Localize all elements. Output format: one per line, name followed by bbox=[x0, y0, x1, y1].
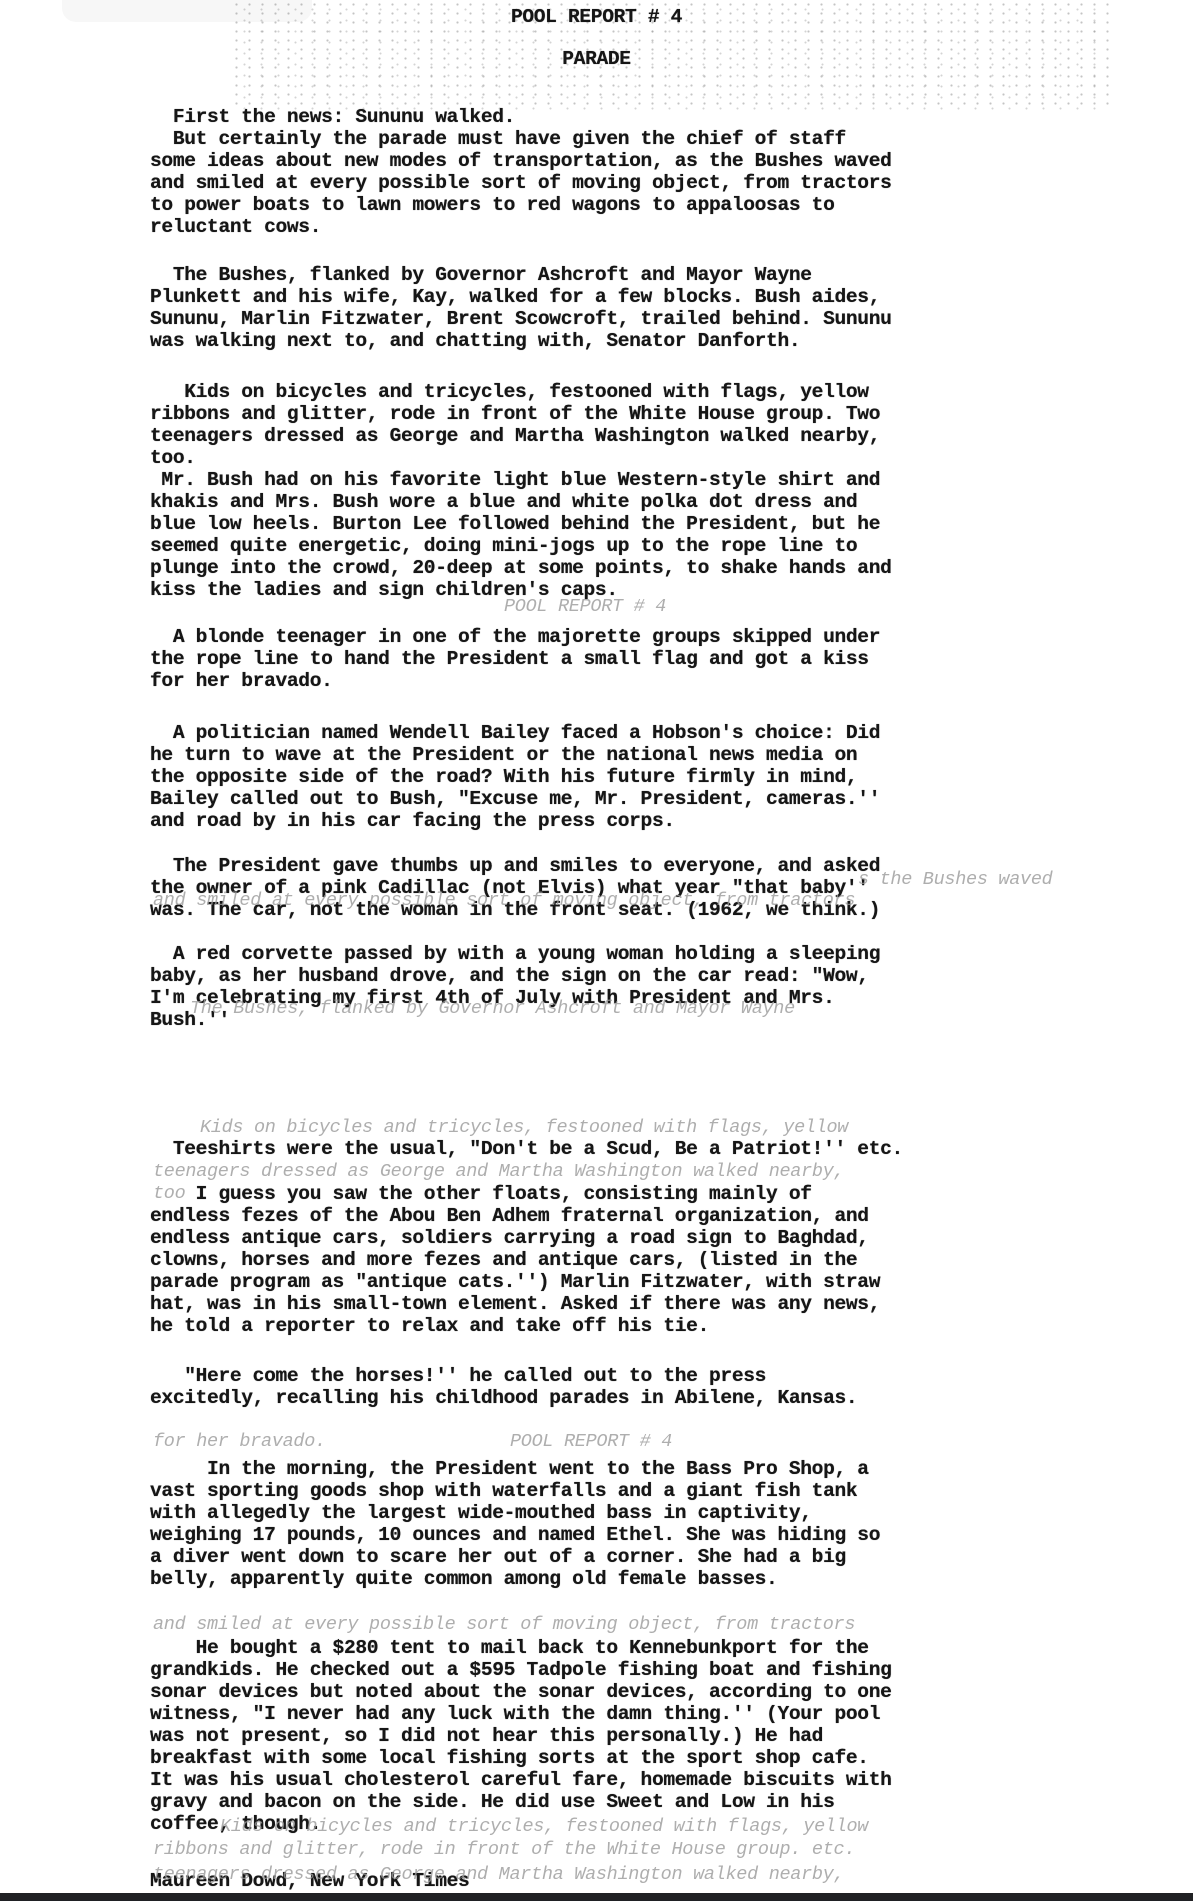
body-text-line: seemed quite energetic, doing mini-jogs … bbox=[150, 535, 857, 557]
body-text-line: with allegedly the largest wide-mouthed … bbox=[150, 1502, 812, 1524]
body-text-line: endless fezes of the Abou Ben Adhem frat… bbox=[150, 1205, 869, 1227]
body-text-line: First the news: Sununu walked. bbox=[150, 106, 515, 128]
body-text-line: excitedly, recalling his childhood parad… bbox=[150, 1387, 857, 1409]
body-text-line: plunge into the crowd, 20-deep at some p… bbox=[150, 557, 892, 579]
ghost-text: too bbox=[153, 1183, 185, 1205]
body-text-line: Plunkett and his wife, Kay, walked for a… bbox=[150, 286, 880, 308]
bottom-bar bbox=[0, 1893, 1193, 1901]
ghost-text: s the Bushes waved bbox=[858, 869, 1052, 891]
ghost-text: teenagers dressed as George and Martha W… bbox=[153, 1864, 844, 1886]
body-text-line: He bought a $280 tent to mail back to Ke… bbox=[150, 1637, 869, 1659]
body-text-line: was walking next to, and chatting with, … bbox=[150, 330, 800, 352]
body-text-line: A red corvette passed by with a young wo… bbox=[150, 943, 880, 965]
body-text-line: grandkids. He checked out a $595 Tadpole… bbox=[150, 1659, 892, 1681]
body-text-line: hat, was in his small-town element. Aske… bbox=[150, 1293, 880, 1315]
ghost-text: and smiled at every possible sort of mov… bbox=[153, 1614, 855, 1636]
body-text-line: It was his usual cholesterol careful far… bbox=[150, 1769, 892, 1791]
body-text-line: belly, apparently quite common among old… bbox=[150, 1568, 777, 1590]
body-text-line: Sununu, Marlin Fitzwater, Brent Scowcrof… bbox=[150, 308, 892, 330]
body-text-line: he turn to wave at the President or the … bbox=[150, 744, 857, 766]
body-text-line: for her bravado. bbox=[150, 670, 333, 692]
body-text-line: baby, as her husband drove, and the sign… bbox=[150, 965, 869, 987]
ghost-text: The Bushes, flanked by Governor Ashcroft… bbox=[190, 998, 795, 1020]
ghost-text: Kids on bicycles and tricycles, festoone… bbox=[200, 1117, 848, 1139]
body-text-line: some ideas about new modes of transporta… bbox=[150, 150, 892, 172]
body-text-line: vast sporting goods shop with waterfalls… bbox=[150, 1480, 857, 1502]
body-text-line: breakfast with some local fishing sorts … bbox=[150, 1747, 869, 1769]
body-text-line: teenagers dressed as George and Martha W… bbox=[150, 425, 880, 447]
body-text-line: the opposite side of the road? With his … bbox=[150, 766, 857, 788]
body-text-line: clowns, horses and more fezes and antiqu… bbox=[150, 1249, 857, 1271]
body-text-line: khakis and Mrs. Bush wore a blue and whi… bbox=[150, 491, 857, 513]
section-title: PARADE bbox=[0, 48, 1193, 70]
body-text-line: to power boats to lawn mowers to red wag… bbox=[150, 194, 835, 216]
body-text-line: was not present, so I did not hear this … bbox=[150, 1725, 823, 1747]
body-text-line: But certainly the parade must have given… bbox=[150, 128, 846, 150]
body-text-line: a diver went down to scare her out of a … bbox=[150, 1546, 846, 1568]
body-text-line: A blonde teenager in one of the majorett… bbox=[150, 626, 880, 648]
body-text-line: parade program as "antique cats.'') Marl… bbox=[150, 1271, 880, 1293]
body-text-line: reluctant cows. bbox=[150, 216, 321, 238]
ghost-text: and smiled at every possible sort of mov… bbox=[153, 890, 855, 912]
ghost-text: teenagers dressed as George and Martha W… bbox=[153, 1161, 844, 1183]
body-text-line: I guess you saw the other floats, consis… bbox=[150, 1183, 812, 1205]
ghost-text: for her bravado. bbox=[153, 1431, 326, 1453]
body-text-line: gravy and bacon on the side. He did use … bbox=[150, 1791, 835, 1813]
ghost-text: POOL REPORT # 4 bbox=[504, 596, 666, 618]
body-text-line: A politician named Wendell Bailey faced … bbox=[150, 722, 880, 744]
body-text-line: The President gave thumbs up and smiles … bbox=[150, 855, 880, 877]
ghost-text: POOL REPORT # 4 bbox=[510, 1431, 672, 1453]
body-text-line: ribbons and glitter, rode in front of th… bbox=[150, 403, 880, 425]
body-text-line: witness, "I never had any luck with the … bbox=[150, 1703, 880, 1725]
body-text-line: Bailey called out to Bush, "Excuse me, M… bbox=[150, 788, 880, 810]
scanned-document-page: POOL REPORT # 4 PARADE First the news: S… bbox=[0, 0, 1193, 1893]
document-header: POOL REPORT # 4 bbox=[0, 6, 1193, 28]
body-text-line: too. bbox=[150, 447, 196, 469]
ghost-text: Kids on bicycles and tricycles, festoone… bbox=[220, 1816, 868, 1838]
body-text-line: Teeshirts were the usual, "Don't be a Sc… bbox=[150, 1138, 903, 1160]
body-text-line: weighing 17 pounds, 10 ounces and named … bbox=[150, 1524, 880, 1546]
body-text-line: Mr. Bush had on his favorite light blue … bbox=[150, 469, 880, 491]
body-text-line: the rope line to hand the President a sm… bbox=[150, 648, 869, 670]
body-text-line: sonar devices but noted about the sonar … bbox=[150, 1681, 892, 1703]
body-text-line: blue low heels. Burton Lee followed behi… bbox=[150, 513, 880, 535]
body-text-line: and smiled at every possible sort of mov… bbox=[150, 172, 892, 194]
ghost-text: ribbons and glitter, rode in front of th… bbox=[153, 1839, 855, 1861]
body-text-line: The Bushes, flanked by Governor Ashcroft… bbox=[150, 264, 812, 286]
body-text-line: he told a reporter to relax and take off… bbox=[150, 1315, 709, 1337]
body-text-line: and road by in his car facing the press … bbox=[150, 810, 675, 832]
body-text-line: endless antique cars, soldiers carrying … bbox=[150, 1227, 869, 1249]
body-text-line: "Here come the horses!'' he called out t… bbox=[150, 1365, 766, 1387]
body-text-line: Kids on bicycles and tricycles, festoone… bbox=[150, 381, 869, 403]
body-text-line: In the morning, the President went to th… bbox=[150, 1458, 869, 1480]
